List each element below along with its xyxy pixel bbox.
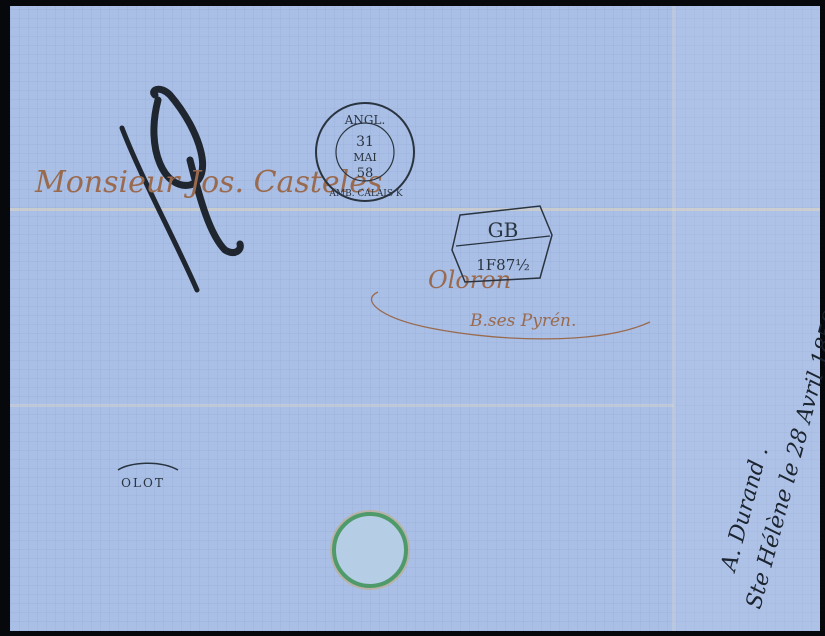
address-line-3: B.ses Pyrén.	[469, 311, 576, 331]
gb-mark-bottom: 1F87½	[476, 256, 530, 274]
olot-town-mark: OLOT	[118, 463, 178, 490]
gb-mark-top: GB	[488, 218, 519, 242]
datestamp-bottom: AMB. CALAIS K	[328, 189, 402, 199]
datestamp-year: 58	[357, 166, 374, 181]
datestamp-top: ANGL.	[344, 113, 386, 127]
manuscript-charge-mark: 12	[0, 0, 240, 290]
datestamp-day: 31	[356, 134, 374, 150]
docket: Ste Hélène le 28 Avril 1858 A. Durand .	[709, 299, 825, 611]
wax-seal	[330, 510, 410, 590]
olot-text: OLOT	[121, 476, 165, 490]
datestamp-month: MAI	[353, 151, 377, 164]
cover-markings: 12 Monsieur Jos. Casteles Oloron B.ses P…	[0, 0, 825, 636]
